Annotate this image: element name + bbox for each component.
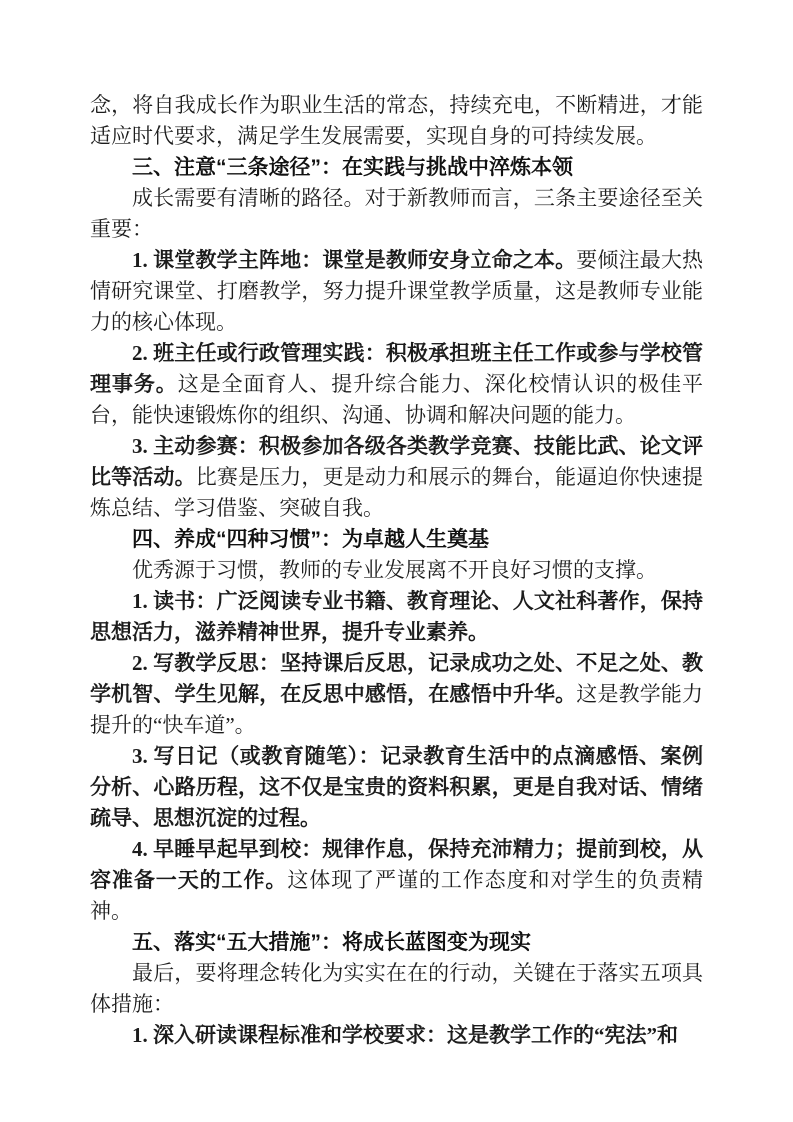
list-item-diary: 3. 写日记（或教育随笔）：记录教育生活中的点滴感悟、案例分析、心路历程，这不仅…	[90, 741, 703, 834]
list-item-reading: 1. 读书：广泛阅读专业书籍、教育理论、人文社科著作，保持思想活力，滋养精神世界…	[90, 586, 703, 648]
paragraph-bold-lead: 1. 深入研读课程标准和学校要求：这是教学工作的“宪法”和	[132, 1023, 678, 1047]
paragraph-text: 念，将自我成长作为职业生活的常态，持续充电，不断精进，才能适应时代要求，满足学生…	[90, 93, 703, 148]
list-item-competitions: 3. 主动参赛：积极参加各级各类教学竞赛、技能比武、论文评比等活动。比赛是压力，…	[90, 431, 703, 524]
paragraph: 优秀源于习惯，教师的专业发展离不开良好习惯的支撑。	[90, 555, 703, 586]
paragraph-text: 成长需要有清晰的路径。对于新教师而言，三条主要途径至关重要：	[90, 186, 703, 241]
paragraph-text: 最后，要将理念转化为实实在在的行动，关键在于落实五项具体措施：	[90, 961, 703, 1016]
list-item-teaching-reflection: 2. 写教学反思：坚持课后反思，记录成功之处、不足之处、教学机智、学生见解，在反…	[90, 648, 703, 741]
paragraph-bold-lead: 1. 课堂教学主阵地：课堂是教师安身立命之本。	[132, 248, 576, 272]
section-heading-three-paths: 三、注意“三条途径”：在实践与挑战中淬炼本领	[90, 152, 703, 183]
paragraph-text: 这是全面育人、提升综合能力、深化校情认识的极佳平台，能快速锻炼你的组织、沟通、协…	[90, 372, 703, 427]
section-heading-five-measures: 五、落实“五大措施”：将成长蓝图变为现实	[90, 927, 703, 958]
list-item-early-routine: 4. 早睡早起早到校：规律作息，保持充沛精力；提前到校，从容准备一天的工作。这体…	[90, 834, 703, 927]
document-page: 念，将自我成长作为职业生活的常态，持续充电，不断精进，才能适应时代要求，满足学生…	[0, 0, 793, 1122]
list-item-study-standards: 1. 深入研读课程标准和学校要求：这是教学工作的“宪法”和	[90, 1020, 703, 1051]
section-heading-four-habits: 四、养成“四种习惯”：为卓越人生奠基	[90, 524, 703, 555]
paragraph-bold-lead: 1. 读书：广泛阅读专业书籍、教育理论、人文社科著作，保持思想活力，滋养精神世界…	[90, 589, 703, 644]
paragraph-bold-lead: 3. 写日记（或教育随笔）：记录教育生活中的点滴感悟、案例分析、心路历程，这不仅…	[90, 744, 703, 830]
paragraph-text: 优秀源于习惯，教师的专业发展离不开良好习惯的支撑。	[132, 558, 657, 582]
paragraph: 最后，要将理念转化为实实在在的行动，关键在于落实五项具体措施：	[90, 958, 703, 1020]
paragraph: 念，将自我成长作为职业生活的常态，持续充电，不断精进，才能适应时代要求，满足学生…	[90, 90, 703, 152]
list-item-classroom-teaching: 1. 课堂教学主阵地：课堂是教师安身立命之本。要倾注最大热情研究课堂、打磨教学，…	[90, 245, 703, 338]
paragraph: 成长需要有清晰的路径。对于新教师而言，三条主要途径至关重要：	[90, 183, 703, 245]
list-item-class-management: 2. 班主任或行政管理实践：积极承担班主任工作或参与学校管理事务。这是全面育人、…	[90, 338, 703, 431]
